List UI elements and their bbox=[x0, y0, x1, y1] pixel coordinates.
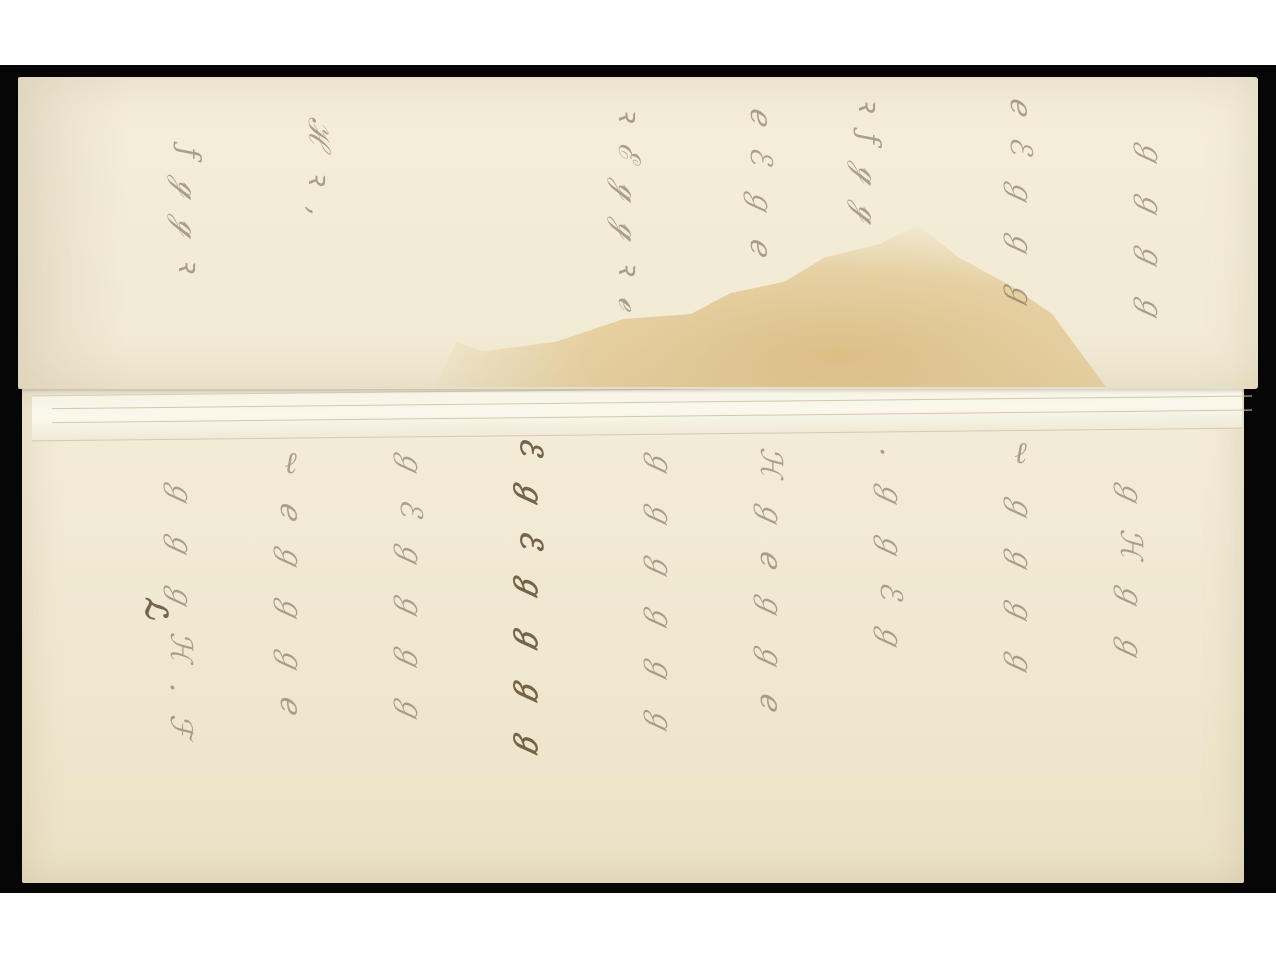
flap-corner-fold bbox=[18, 77, 128, 389]
photo-background: ƒ ℊ ℊ ꝛℋ ꝛ ,ꝛ ℰ ℊ ℊ ꝛ ℯℯ ℰ ℊ ℯꝛ ƒ ℊ ℊℯ ℰ… bbox=[0, 65, 1276, 893]
handwriting-column: ℯ ℰ ℊ ℊ ℊ bbox=[998, 97, 1042, 315]
fold-crease bbox=[52, 410, 1252, 424]
handwriting-column: ℋ ℊ ℯ ℊ ℊ ℯ bbox=[748, 447, 792, 716]
handwriting-column: ƒ ℊ ℊ ꝛ bbox=[168, 147, 209, 278]
handwriting-column: ℊ ℰ ℊ ℊ ℊ ℊ bbox=[388, 447, 432, 729]
handwriting-column: ℊ ℋ ℊ ℊ bbox=[1108, 477, 1152, 667]
handwriting-column: ℯ ℰ ℊ ℯ bbox=[738, 107, 782, 261]
handwriting-column: ꝛ ℰ ℊ ℊ ꝛ ℯ bbox=[608, 107, 649, 316]
folded-letter: ƒ ℊ ℊ ꝛℋ ꝛ ,ꝛ ℰ ℊ ℊ ꝛ ℯℯ ℰ ℊ ℯꝛ ƒ ℊ ℊℯ ℰ… bbox=[18, 77, 1258, 885]
handwriting-column: ℊ ℊ ℊ ℊ bbox=[1128, 137, 1172, 328]
handwriting-column: ℒ bbox=[138, 597, 173, 625]
handwriting-column: ℰ ℊ ℰ ℊ ℊ ℊ ℊ bbox=[508, 437, 552, 764]
letter-lower-panel bbox=[22, 387, 1244, 883]
fold-crease bbox=[52, 396, 1252, 410]
handwriting-column: ℓ ℊ ℊ ℊ ℊ bbox=[998, 437, 1042, 682]
handwriting-column: . ℊ ℊ ℰ ℊ bbox=[868, 447, 912, 657]
handwriting-column: ꝛ ƒ ℊ ℊ bbox=[848, 97, 889, 228]
handwriting-column: ℋ ꝛ , bbox=[298, 117, 339, 222]
handwriting-column: ℓ ℯ ℊ ℊ ℊ ℯ bbox=[268, 447, 312, 719]
handwriting-column: ℊ ℊ ℊ ℊ ℊ ℊ bbox=[638, 447, 682, 741]
